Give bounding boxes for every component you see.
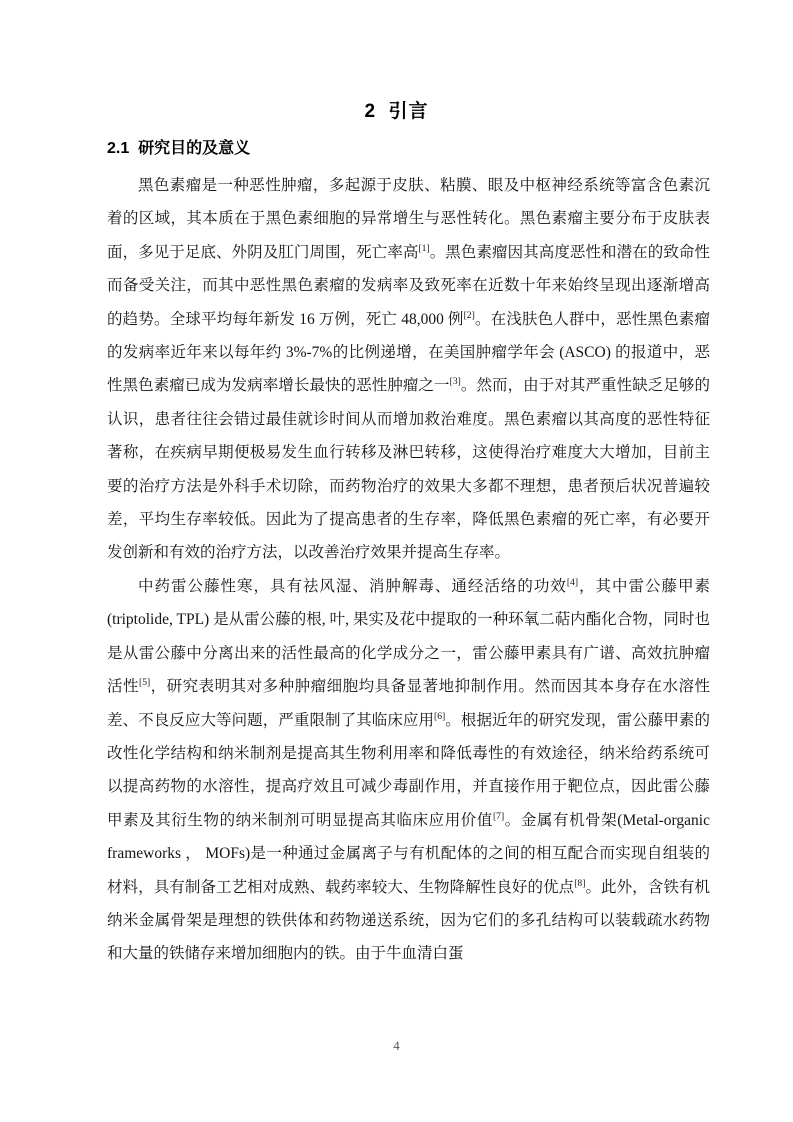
page-number: 4 xyxy=(0,1038,793,1054)
citation-ref: [3] xyxy=(450,376,461,387)
section-heading: 2.1 研究目的及意义 xyxy=(0,138,793,159)
document-body: 黑色素瘤是一种恶性肿瘤，多起源于皮肤、粘膜、眼及中枢神经系统等富含色素沉着的区域… xyxy=(0,169,793,971)
citation-ref: [8] xyxy=(574,877,585,888)
citation-ref: [7] xyxy=(493,811,504,822)
page-title: 2 引言 xyxy=(0,0,793,124)
paragraph: 中药雷公藤性寒，具有祛风湿、消肿解毒、通经活络的功效[4]，其中雷公藤甲素(tr… xyxy=(107,570,710,971)
citation-ref: [1] xyxy=(418,243,429,254)
document-page: 2 引言 2.1 研究目的及意义 黑色素瘤是一种恶性肿瘤，多起源于皮肤、粘膜、眼… xyxy=(0,0,793,1122)
citation-ref: [4] xyxy=(567,577,578,588)
citation-ref: [6] xyxy=(434,710,445,721)
paragraph: 黑色素瘤是一种恶性肿瘤，多起源于皮肤、粘膜、眼及中枢神经系统等富含色素沉着的区域… xyxy=(107,169,710,570)
citation-ref: [5] xyxy=(139,677,150,688)
citation-ref: [2] xyxy=(464,309,475,320)
